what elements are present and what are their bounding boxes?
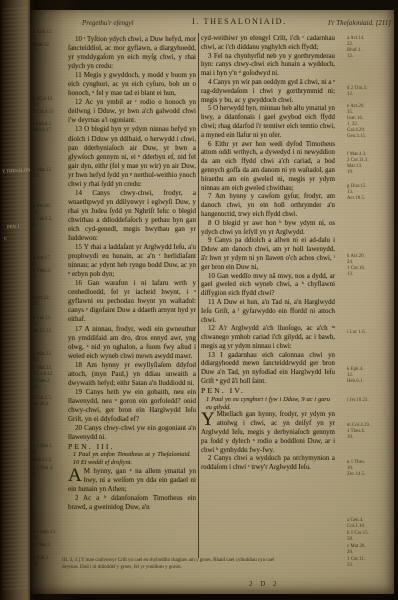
paragraph: 1 Paul yn eu cynghori i fyw i Dduw, 9 ac… <box>201 396 335 412</box>
paragraph: PEN. IV. <box>201 387 335 396</box>
text-column-right: cyd-weithiwr yn efengyl Criſt, i'ch ᶜ ca… <box>201 35 335 558</box>
margin-ref: 1, 33. <box>347 122 358 127</box>
margin-ref: 52. <box>33 322 39 327</box>
margin-ref: 23. <box>33 174 39 179</box>
paragraph: 15 Y rhai a laddaſant yr Arglwydd Ieſu, … <box>68 243 196 279</box>
paragraph-text: Mhellach gan hynny, frodyr, yr ydym yn a… <box>201 411 335 453</box>
margin-ref: Act.18.5. <box>347 196 365 201</box>
previous-page-text-fragment: PEN. I. <box>7 224 21 230</box>
margin-ref: 5. <box>33 262 37 267</box>
paragraph-text: 3 Fel na chynhyrfid neb yn y gorthrymder… <box>201 53 335 78</box>
margin-ref: d 2 Tim.4. <box>33 466 53 471</box>
running-head-left: Pregethu'r efengyl <box>82 19 134 27</box>
margin-ref: 3. <box>33 275 37 280</box>
paragraph-text: 12 Ac yn ymbil ar ʳ rodio o honoch yn de… <box>68 98 196 124</box>
paragraph-text: 1 Paul yn anfon Timotheus at y Theſaloni… <box>73 451 191 466</box>
margin-ref: h Act.20. <box>347 254 365 259</box>
margin-ref: l Jer.10.23. <box>347 398 369 403</box>
margin-ref: t Act.22. <box>33 296 50 301</box>
paragraph: 17 A ninnau, frodyr, wedi ein gwneuthur … <box>68 325 196 361</box>
margin-ref: n 1 Thes. <box>347 460 365 465</box>
margin-ref: 2 Thes.2. <box>33 269 51 274</box>
margin-ref: g Diar.15. <box>347 184 367 189</box>
margin-ref: u 2Cor.12. <box>33 97 54 102</box>
paragraph: 20 Canys chwy-chwi yw ein gogoniant a'n … <box>68 424 196 442</box>
column-divider-rule <box>198 33 199 558</box>
margin-ref: Ioan 16. <box>347 116 363 121</box>
margin-ref: 1 Sam.12. <box>33 30 53 35</box>
margin-ref: 13. <box>347 190 353 195</box>
paragraph-text: M hynny, gan ᵃ na allem ymattal yn hwy, … <box>68 467 196 493</box>
margin-ref: k Eph.4. <box>347 367 364 372</box>
paragraph: 8 O blegid yr awr hon ʰ byw ydym ni, os … <box>201 220 335 238</box>
paragraph-text: 15 Y rhai a laddaſant yr Arglwydd Ieſu, … <box>68 243 196 278</box>
margin-ref: p Act.16. <box>33 204 51 209</box>
margin-ref: 39. <box>33 536 39 541</box>
margin-ref: u Luc 11. <box>33 316 52 321</box>
paragraph: 11 A Duw ei hun, a'n Tad ni, a'n Harglwy… <box>201 299 335 325</box>
margin-ref: a Thes.2. <box>33 379 51 384</box>
paragraph-text: 20 Canys chwy-chwi yw ein gogoniant a'n … <box>68 424 196 441</box>
margin-ref: 1 Cor.4.15 <box>33 110 54 115</box>
footnote: III. 3, 4.] Y mae canlynwyr Criſt yn cae… <box>62 558 392 571</box>
margin-ref: a 1 Sam.13. <box>33 530 56 535</box>
paragraph-text: PEN. III. <box>68 442 114 451</box>
margin-ref: n Mat.13. <box>33 168 52 173</box>
footnote-line-2: deyrnas. Dod i ni ddioddef y groes, fel … <box>62 565 392 572</box>
margin-ref: 1 Cor.3.5, <box>33 217 53 222</box>
margin-ref: Jer.20.9. <box>33 402 50 407</box>
drop-cap: A <box>68 467 84 484</box>
margin-ref: Zec.14.5. <box>347 472 365 477</box>
paragraph: 18 Am hynny yr ewyllyſiaſem ddyfod attoc… <box>68 361 196 388</box>
paragraph-text: cyd-weithiwr yn efengyl Criſt, i'ch ᶜ ca… <box>201 35 335 51</box>
margin-ref: Rhuf.1. <box>347 48 362 53</box>
text-column-left: 10 ˢ Tyſtion ydych chwi, a Duw hefyd, mo… <box>68 35 196 558</box>
margin-ref: 12. <box>347 373 353 378</box>
paragraph: 5 O herwydd hyn, minnau heb allu ymattal… <box>201 105 335 140</box>
paragraph-text: 18 Am hynny yr ewyllyſiaſem ddyfod attoc… <box>68 361 196 387</box>
margin-ref: 1 Cor.16. <box>347 266 365 271</box>
paragraph-text: 5 O herwydd hyn, minnau heb allu ymattal… <box>201 105 335 138</box>
right-margin-references: a Act.14.22.Rhuf.1.12.d 2 Tim.3.12.e Act… <box>347 0 393 600</box>
paragraph: YMhellach gan hynny, frodyr, yr ydym yn … <box>201 411 335 455</box>
paragraph-text: 10 ˢ Tyſtion ydych chwi, a Duw hefyd, mo… <box>68 35 196 70</box>
margin-ref: 15. <box>347 110 353 115</box>
left-margin-references: 1 Sam.12.3.Rhuf.12.17.u 2Cor.12.14.1 Cor… <box>33 0 67 600</box>
paragraph-text: 10 Gan weddïo mwy nâ mwy, nos a dydd, ar… <box>201 273 335 298</box>
margin-ref: b Phil.2. <box>33 556 50 561</box>
paragraph-text: 9 Canys pa ddiolch a allwn ni ei ad-dalu… <box>201 237 335 270</box>
margin-ref: 10. <box>347 435 353 440</box>
margin-ref: 17. <box>33 49 39 54</box>
margin-ref: Heb.6.1. <box>347 379 364 384</box>
previous-page-text-fragment: Y THESALON <box>2 167 31 173</box>
margin-ref: d 2 Tim.3. <box>347 86 367 91</box>
margin-ref: 13. <box>347 272 353 277</box>
margin-ref: Jer.15.13. <box>33 329 52 334</box>
paragraph: 2 Ac a ᵇ ddanfonaſom Timotheus ein brawd… <box>68 494 196 512</box>
paragraph: 6 Eithr yr awr hon wedi dyfod Timotheus … <box>201 141 335 194</box>
paragraph: 16 Gan warafun i ni lafaru wrth y cenhed… <box>68 279 196 324</box>
margin-ref: 1 Thes.2. <box>33 543 51 548</box>
paragraph: 11 Megis y gwyddoch, y modd y buom yn ei… <box>68 71 196 98</box>
margin-ref: a Act.14. <box>347 36 365 41</box>
margin-ref: i Luc 1.6. <box>347 330 366 335</box>
paragraph: 13 I gadarnhau eich calonnau chwi yn ddi… <box>201 352 335 387</box>
paragraph-text: 11 Megis y gwyddoch, y modd y buom yn ei… <box>68 71 196 97</box>
margin-ref: r Eph.4.1. <box>33 122 53 127</box>
margin-ref: Gal.4.29. <box>347 128 365 133</box>
margin-ref: 8. <box>33 472 37 477</box>
margin-ref: Dan.12.3. <box>33 458 52 463</box>
margin-ref: 19. <box>33 562 39 567</box>
book-photo: Y THESALONPEN. I.C Pregethu'r efengyl I.… <box>0 0 398 600</box>
margin-ref: Mat.13. <box>347 164 362 169</box>
paragraph: 2 Canys chwi a wyddoch pa orchymynion a … <box>201 455 335 473</box>
paragraph-text: 8 O blegid yr awr hon ʰ byw ydym ni, os … <box>201 220 335 236</box>
margin-ref: Gen.3.15. <box>347 134 366 139</box>
footnote-line-1: III. 3, 4.] Y mae canlynwyr Criſt yn cae… <box>62 558 392 565</box>
paragraph-text: 1 Paul yn eu cynghori i fyw i Dduw, 9 ac… <box>206 396 330 411</box>
paragraph: 14 Canys chwy-chwi, frodyr, a wnaethpwyd… <box>68 189 196 243</box>
paragraph: 13 O blegid hyn yr ydym ninnau hefyd yn … <box>68 125 196 188</box>
paragraph: cyd-weithiwr yn efengyl Criſt, i'ch ᶜ ca… <box>201 35 335 53</box>
margin-ref: 3. <box>33 36 37 41</box>
margin-ref: 13, a 8.12. <box>33 372 54 377</box>
previous-page-edge: Y THESALONPEN. I.C <box>0 0 34 600</box>
margin-ref: b 1 Cor.15. <box>347 531 369 536</box>
margin-ref: 19. <box>347 170 353 175</box>
running-head-title: I. THESALONIAID. <box>192 17 287 26</box>
paragraph: 19 Canys beth yw ein gobaith, neu ein ll… <box>68 388 196 424</box>
paragraph-text: 19 Canys beth yw ein gobaith, neu ein ll… <box>68 388 196 423</box>
paragraph-text: 13 I gadarnhau eich calonnau chwi yn ddi… <box>201 352 335 385</box>
paragraph-text: PEN. IV. <box>201 386 245 395</box>
paragraph: 12 A'r Arglwydd a'ch lluoſogo, ac a'ch ᵐ… <box>201 325 335 351</box>
margin-ref: 22. <box>33 302 39 307</box>
paragraph-text: 2 Canys chwi a wyddoch pa orchymynion a … <box>201 455 335 471</box>
margin-ref: Rhuf.12. <box>33 43 50 48</box>
margin-ref: 11. <box>33 385 39 390</box>
margin-ref: 14. <box>33 103 39 108</box>
paragraph-text: 14 Canys chwy-chwi, frodyr, a wnaethpwyd… <box>68 189 196 242</box>
paragraph: 10 Gan weddïo mwy nâ mwy, nos a dydd, ar… <box>201 273 335 299</box>
margin-ref: e Act.20. <box>347 104 365 109</box>
paragraph-text: 16 Gan warafun i ni lafaru wrth y cenhed… <box>68 279 196 323</box>
margin-ref: 2 Cor.11.3. <box>347 158 369 163</box>
margin-ref: q Act.17. <box>33 256 51 261</box>
previous-page-text-fragment: C <box>4 236 7 241</box>
printers-signature: 2 D 2 <box>249 580 280 588</box>
drop-cap: Y <box>201 411 217 428</box>
paragraph: 1 Paul yn anfon Timotheus at y Theſaloni… <box>68 451 196 467</box>
margin-ref: x Mat.23. <box>33 352 52 357</box>
margin-ref: Col.1.10. <box>347 524 365 529</box>
margin-ref: 14. <box>33 210 39 215</box>
paragraph-text: 4 Canys yn wir pan oeddym gyd â chwi, ni… <box>201 79 335 104</box>
margin-ref: Phil.1.27. <box>33 128 52 133</box>
margin-ref: 12. <box>347 54 353 59</box>
paragraph: PEN. III. <box>68 442 196 451</box>
margin-ref: 20. <box>347 550 353 555</box>
paragraph-text: 13 O blegid hyn yr ydym ninnau hefyd yn … <box>68 125 196 187</box>
paragraph: 12 Ac yn ymbil ar ʳ rodio o honoch yn de… <box>68 98 196 125</box>
margin-ref: 10. <box>347 466 353 471</box>
margin-ref: z Col.2.5. <box>33 396 52 401</box>
margin-ref: a Gen.4. <box>347 518 364 523</box>
margin-ref: 24. <box>347 260 353 265</box>
paragraph: 4 Canys yn wir pan oeddym gyd â chwi, ni… <box>201 79 335 105</box>
margin-ref: 12. <box>347 92 353 97</box>
margin-ref: m Col.4.19. <box>347 423 370 428</box>
margin-ref: 6. <box>33 223 37 228</box>
paragraph: AM hynny, gan ᵃ na allem ymattal yn hwy,… <box>68 467 196 494</box>
margin-ref: 1 Thes.4. <box>347 429 365 434</box>
margin-ref: f Mat.4.3. <box>347 152 367 157</box>
paragraph-text: 7 Am hynny y cawſom gyſur, frodyr, am da… <box>201 193 335 218</box>
paragraph-text: 6 Eithr yr awr hon wedi dyfod Timotheus … <box>201 141 335 192</box>
paragraph: 9 Canys pa ddiolch a allwn ni ei ad-dalu… <box>201 237 335 272</box>
paragraph: 7 Am hynny y cawſom gyſur, frodyr, am da… <box>201 193 335 219</box>
margin-ref: y Mat.23. <box>33 366 52 371</box>
margin-ref: 58. <box>347 537 353 542</box>
paragraph-text: 12 A'r Arglwydd a'ch lluoſogo, ac a'ch ᵐ… <box>201 325 335 350</box>
paragraph: 10 ˢ Tyſtion ydych chwi, a Duw hefyd, mo… <box>68 35 196 71</box>
margin-ref: c 2 Tim.1. <box>33 444 53 449</box>
margin-ref: 4. <box>33 450 37 455</box>
running-head: Pregethu'r efengyl I. THESALONIAID. I'r … <box>62 17 394 31</box>
margin-ref: c Mat.28. <box>347 544 366 549</box>
paragraph-text: 17 A ninnau, frodyr, wedi ein gwneuthur … <box>68 325 196 360</box>
margin-ref: 32. <box>33 358 39 363</box>
paragraph-text: 2 Ac a ᵇ ddanfonaſom Timotheus ein brawd… <box>68 494 196 511</box>
margin-ref: 22. <box>347 42 353 47</box>
paragraph: 3 Fel na chynhyrfid neb yn y gorthrymder… <box>201 53 335 79</box>
paragraph-text: 11 A Duw ei hun, a'n Tad ni, a'n Harglwy… <box>201 299 335 324</box>
